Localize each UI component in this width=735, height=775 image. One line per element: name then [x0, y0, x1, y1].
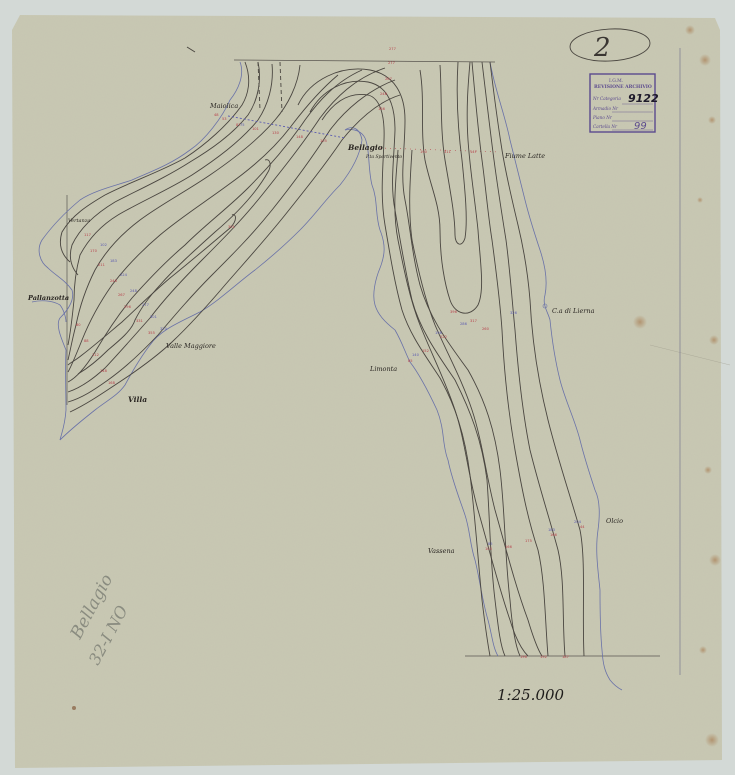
svg-text:211: 211	[98, 263, 105, 267]
label-fiume-latte: Fiume Latte	[504, 152, 545, 160]
label-vassena: Vassena	[428, 547, 455, 555]
svg-text:166: 166	[505, 545, 513, 549]
svg-text:248: 248	[110, 279, 118, 283]
label-maiolica: Maiolica	[209, 102, 238, 110]
svg-text:148: 148	[100, 369, 108, 373]
svg-text:168: 168	[108, 381, 116, 385]
svg-text:224: 224	[120, 273, 128, 277]
svg-text:166: 166	[550, 533, 558, 537]
svg-text:222: 222	[440, 335, 447, 339]
svg-text:331: 331	[136, 319, 143, 323]
svg-text:248: 248	[380, 92, 388, 96]
label-valle-maggiore: Valle Maggiore	[166, 342, 216, 350]
svg-text:170: 170	[90, 249, 98, 253]
svg-text:196: 196	[520, 655, 528, 659]
svg-text:186: 186	[378, 107, 386, 111]
svg-text:317: 317	[470, 319, 477, 323]
map-scale: 1:25.000	[497, 686, 565, 704]
svg-text:187: 187	[562, 655, 569, 659]
label-limonta: Limonta	[369, 365, 397, 373]
svg-text:198: 198	[435, 331, 443, 335]
svg-text:REVISIONE ARCHIVIO: REVISIONE ARCHIVIO	[594, 84, 652, 90]
svg-text:Nr Categoria: Nr Categoria	[592, 96, 621, 101]
svg-text:396: 396	[450, 310, 458, 314]
svg-text:204: 204	[574, 520, 582, 524]
svg-text:112: 112	[92, 353, 99, 357]
svg-text:99: 99	[634, 121, 647, 132]
svg-text:183: 183	[548, 528, 555, 532]
svg-text:85: 85	[408, 359, 413, 363]
svg-text:101: 101	[252, 127, 259, 131]
svg-text:277: 277	[142, 303, 149, 307]
svg-text:301: 301	[228, 225, 235, 229]
label-ca-di-lierna: C.a di Lierna	[552, 307, 595, 315]
svg-text:311: 311	[444, 150, 451, 154]
svg-text:9122: 9122	[628, 92, 659, 105]
svg-text:320: 320	[160, 327, 168, 331]
svg-text:148: 148	[296, 135, 304, 139]
svg-text:Piano Nr: Piano Nr	[592, 115, 613, 120]
svg-text:Cartella Nr: Cartella Nr	[593, 124, 618, 129]
svg-text:152: 152	[422, 349, 429, 353]
svg-text:Armadio Nr: Armadio Nr	[592, 106, 619, 111]
svg-text:48: 48	[214, 113, 219, 117]
svg-text:53: 53	[222, 117, 227, 121]
svg-text:2: 2	[593, 33, 611, 63]
svg-text:296: 296	[124, 305, 132, 309]
svg-text:190: 190	[420, 150, 428, 154]
svg-text:44: 44	[580, 525, 585, 529]
svg-text:355: 355	[148, 331, 155, 335]
label-punta-spartivento: P.ta Spartivento	[365, 154, 402, 160]
svg-text:301: 301	[150, 315, 157, 319]
svg-text:277: 277	[389, 47, 396, 51]
svg-text:130: 130	[272, 131, 280, 135]
svg-text:267: 267	[385, 77, 392, 81]
label-villa: Villa	[128, 395, 147, 404]
svg-text:147: 147	[470, 150, 477, 154]
svg-text:277: 277	[388, 61, 395, 65]
svg-text:85: 85	[488, 542, 493, 546]
svg-text:88: 88	[84, 339, 89, 343]
svg-text:I.G.M.: I.G.M.	[609, 78, 624, 84]
svg-text:60: 60	[76, 323, 81, 327]
svg-text:286: 286	[460, 322, 468, 326]
svg-text:260: 260	[482, 327, 490, 331]
svg-text:102: 102	[100, 243, 107, 247]
svg-text:75: 75	[240, 123, 245, 127]
map-sheet: 277 277 267 248 186 48 53 87 101 130 148…	[0, 0, 735, 775]
svg-text:326: 326	[510, 311, 518, 315]
svg-text:183: 183	[110, 259, 117, 263]
label-vertanza: Vertanza	[68, 218, 90, 224]
svg-text:105: 105	[320, 139, 327, 143]
svg-text:140: 140	[412, 353, 420, 357]
svg-text:248: 248	[130, 289, 138, 293]
svg-text:175: 175	[525, 539, 532, 543]
svg-text:267: 267	[118, 293, 125, 297]
label-olcio: Olcio	[606, 517, 623, 525]
svg-text:103: 103	[485, 547, 492, 551]
svg-text:117: 117	[84, 233, 91, 237]
label-pallanzotta: Pallanzotta	[27, 294, 69, 302]
label-bellagio: Bellagio	[347, 143, 383, 152]
svg-text:192: 192	[540, 655, 547, 659]
